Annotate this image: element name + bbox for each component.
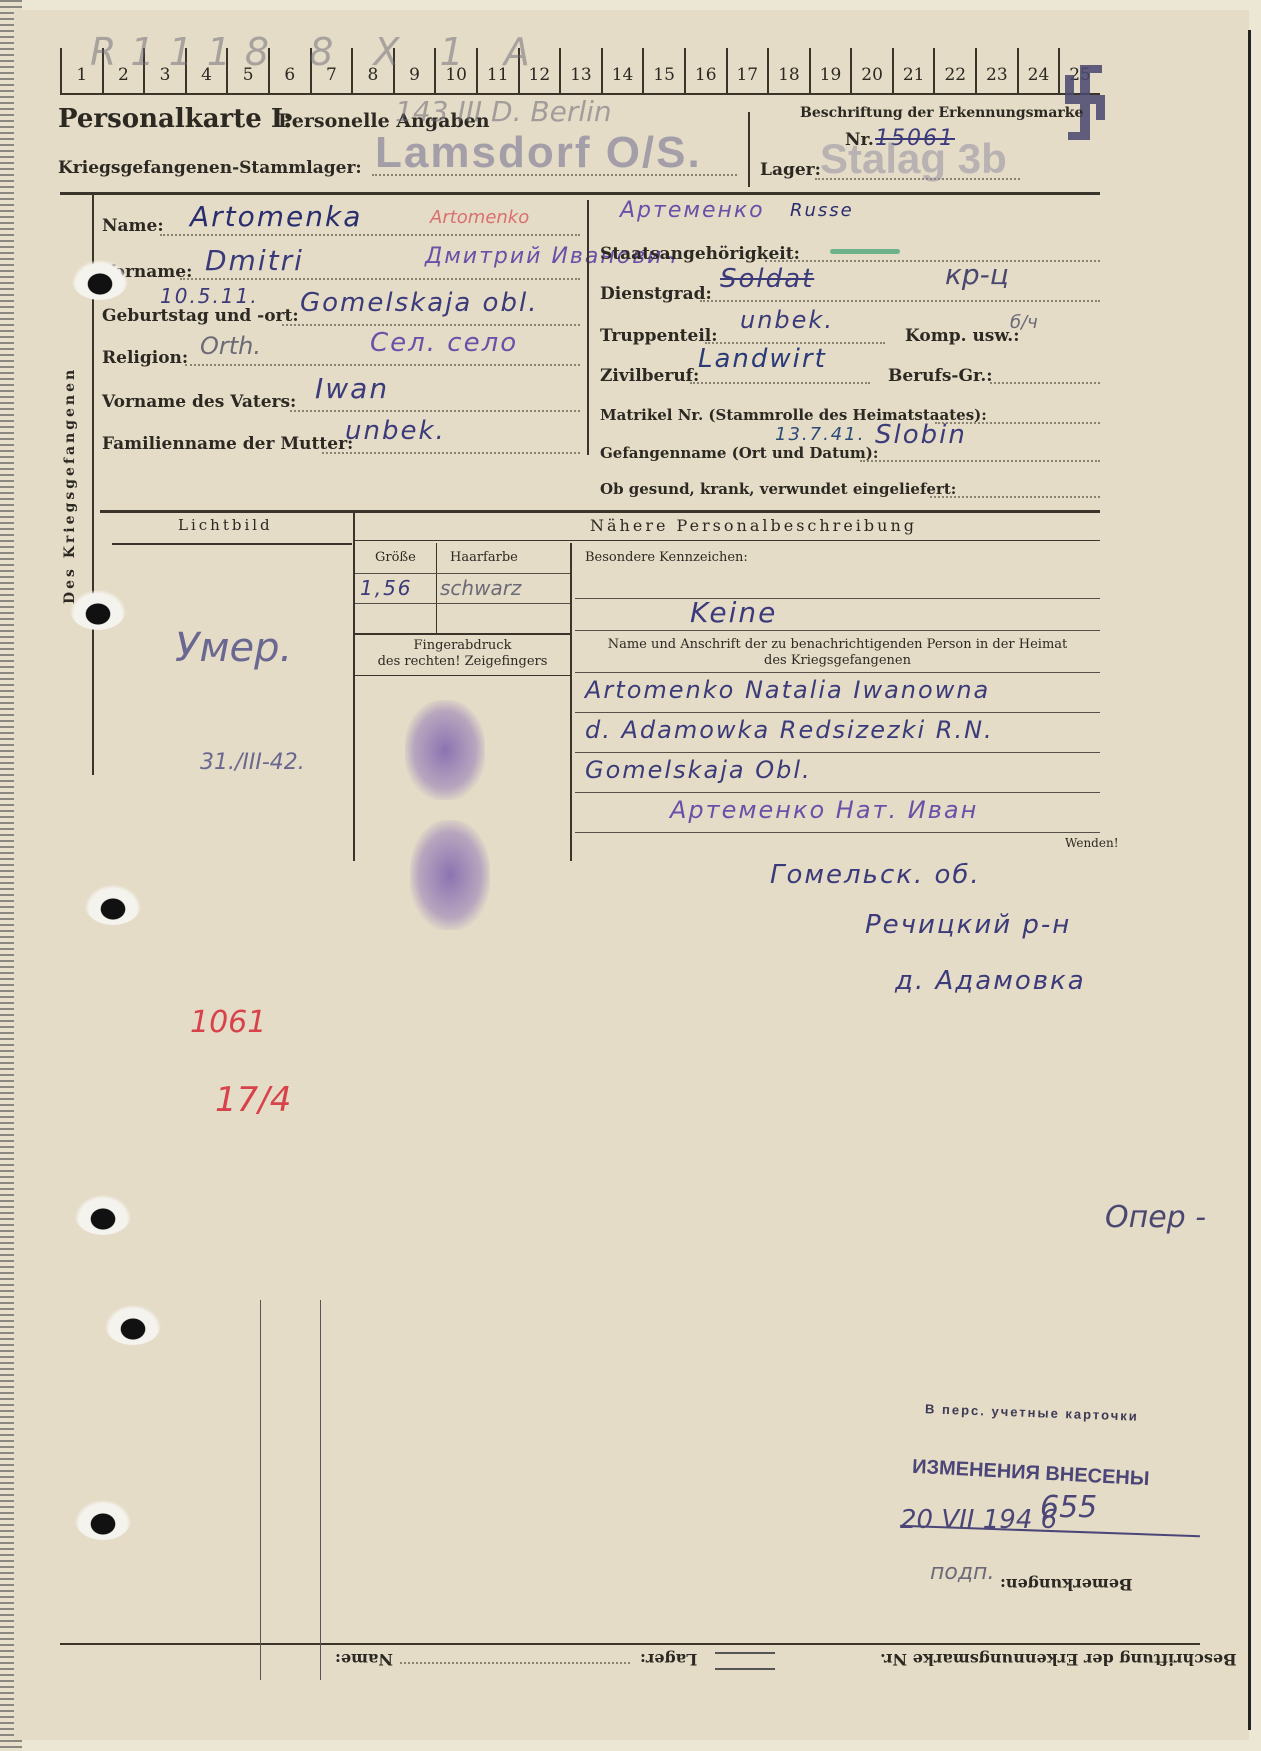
stammlager-label: Kriegsgefangenen-Stammlager: <box>58 158 362 178</box>
punch-hole <box>105 1305 161 1345</box>
vater-label: Vorname des Vaters: <box>102 392 296 412</box>
number-cell: 20 <box>850 48 892 93</box>
signature: Опер - <box>1105 1200 1206 1235</box>
geburt-date: 10.5.11. <box>160 284 259 308</box>
lichtbild-date: 31./III-42. <box>200 750 305 775</box>
cyrillic-address-3: д. Адамовка <box>895 966 1086 996</box>
wenden-label: Wenden! <box>1065 836 1119 850</box>
gefangennahme-line <box>860 460 1100 462</box>
stamp-number: 655 <box>1040 1490 1097 1525</box>
dienstgrad-line <box>700 300 1100 302</box>
naehere-label: Nähere Personalbeschreibung <box>590 516 917 535</box>
gesund-line <box>930 496 1100 498</box>
eagle-stamp-icon <box>1060 60 1110 140</box>
haarfarbe-value: schwarz <box>440 576 521 600</box>
religion-cyrillic: Сел. село <box>370 328 518 358</box>
kontakt-line: Gomelskaja Obl. <box>585 756 812 784</box>
dienstgrad-extra: кр-ц <box>945 258 1009 291</box>
green-underline-mark <box>830 249 900 254</box>
name-value-red: Artomenko <box>430 207 529 228</box>
fold-line-1 <box>260 1300 261 1680</box>
staats-line <box>765 260 1100 262</box>
zivilberuf-line <box>690 382 870 384</box>
lichtbild-note: Умер. <box>175 625 292 671</box>
number-cell: 21 <box>892 48 934 93</box>
groesse-value: 1,56 <box>360 576 413 600</box>
komp-value: б/ч <box>1010 312 1038 333</box>
kontakt-rule <box>575 792 1100 793</box>
lichtbild-divider <box>353 513 355 861</box>
number-cell: 17 <box>726 48 768 93</box>
footer-nr-lines <box>715 1652 775 1670</box>
handwritten-stalag-note: 143 III D. Berlin <box>395 95 612 128</box>
geburt-line <box>282 324 580 326</box>
kontakt-line: Артеменко Нат. Иван <box>670 796 978 824</box>
number-cell: 22 <box>933 48 975 93</box>
scan-edge-right <box>1248 30 1251 1730</box>
religion-value: Orth. <box>200 332 261 360</box>
finger-label-line2: des rechten! Zeigefingers <box>355 654 570 670</box>
groesse-header-rule <box>355 573 570 574</box>
number-cell: 13 <box>559 48 601 93</box>
header-divider <box>748 112 750 187</box>
number-cell: 19 <box>809 48 851 93</box>
groesse-label: Größe <box>375 550 416 565</box>
groesse-divider <box>436 543 437 633</box>
kontakt-label-line1: Name und Anschrift der zu benachrichtige… <box>575 637 1100 653</box>
vater-line <box>290 410 580 412</box>
cyrillic-address-2: Речицкий р-н <box>865 910 1071 940</box>
name-value: Artomenka <box>190 200 362 233</box>
kennzeichen-rule-1 <box>575 598 1100 599</box>
punch-hole <box>75 1195 131 1235</box>
gefangennahme-date: 13.7.41. <box>775 424 865 445</box>
number-cell: 24 <box>1017 48 1059 93</box>
dienstgrad-label: Dienstgrad: <box>600 284 712 304</box>
lager-label: Lager: <box>760 160 821 180</box>
finger-bottom-rule <box>355 675 570 676</box>
erkennungsmarke-label: Beschriftung der Erkennungsmarke <box>800 105 1083 121</box>
kennzeichen-divider <box>570 543 572 861</box>
staats-value: Russe <box>790 200 854 221</box>
stamp-handwritten-date: 20 VII 194 6 <box>900 1505 1057 1535</box>
footer-lager-line <box>400 1662 630 1664</box>
side-label: Des Kriegsgefangenen <box>62 345 78 625</box>
footer-beschriftung-label: Beschriftung der Erkennungsmarke Nr. <box>880 1650 1237 1669</box>
lager-stamp: Stalag 3b <box>820 135 1007 183</box>
truppenteil-value: unbek. <box>740 306 834 334</box>
geburt-label: Geburtstag und -ort: <box>102 306 299 326</box>
handwritten-archive-number: R1118 8 X 1 A <box>90 30 544 74</box>
lichtbild-rule <box>112 543 352 545</box>
number-cell: 15 <box>642 48 684 93</box>
middle-divider <box>587 200 589 455</box>
header-rule <box>60 192 1100 195</box>
finger-top-rule <box>355 633 570 635</box>
gefangennahme-place: Slobin <box>875 420 967 450</box>
kontakt-rule-0 <box>575 672 1100 673</box>
punch-hole <box>85 885 141 925</box>
name-line <box>160 234 580 236</box>
name-label: Name: <box>102 216 164 236</box>
vater-value: Iwan <box>315 372 389 405</box>
vorname-line <box>180 278 580 280</box>
naehere-rule <box>355 540 1100 541</box>
punch-hole <box>75 1500 131 1540</box>
stamp-signature: подп. <box>930 1560 994 1585</box>
cyrillic-address-1: Гомельск. об. <box>770 860 981 890</box>
description-rule <box>100 510 1100 513</box>
groesse-value-rule <box>355 603 570 604</box>
kontakt-rule <box>575 832 1100 833</box>
footer-name-label: Name: <box>335 1650 393 1669</box>
kontakt-line: d. Adamowka Redsizezki R.N. <box>585 716 994 744</box>
berufs-label: Berufs-Gr.: <box>888 366 993 386</box>
geburt-place: Gomelskaja obl. <box>300 288 538 318</box>
zivilberuf-label: Zivilberuf: <box>600 366 699 386</box>
number-cell: 18 <box>767 48 809 93</box>
number-cell: 16 <box>684 48 726 93</box>
gesund-label: Ob gesund, krank, verwundet eingeliefert… <box>600 480 956 498</box>
mutter-line <box>322 452 580 454</box>
kontakt-label: Name und Anschrift der zu benachrichtige… <box>575 637 1100 669</box>
number-cell: 23 <box>975 48 1017 93</box>
gefangennahme-label: Gefangenname (Ort und Datum): <box>600 444 878 462</box>
footer-lager-label: Lager: <box>640 1650 697 1669</box>
kontakt-rule <box>575 752 1100 753</box>
number-cell: 14 <box>601 48 643 93</box>
kennzeichen-value: Keine <box>690 596 777 629</box>
dienstgrad-value: Soldat <box>720 264 814 294</box>
kontakt-rule <box>575 712 1100 713</box>
haarfarbe-label: Haarfarbe <box>450 550 518 565</box>
zivilberuf-value: Landwirt <box>698 344 827 374</box>
komp-label: Komp. usw.: <box>905 326 1020 346</box>
stammlager-stamp: Lamsdorf O/S. <box>375 128 702 178</box>
finger-label: Fingerabdruck des rechten! Zeigefingers <box>355 638 570 670</box>
mutter-label: Familienname der Mutter: <box>102 434 353 454</box>
kennzeichen-label: Besondere Kennzeichen: <box>585 550 748 565</box>
vorname-value: Dmitri <box>205 244 304 277</box>
fold-line-2 <box>320 1300 321 1680</box>
staats-cyrillic: Артеменко <box>620 198 765 223</box>
kennzeichen-rule-2 <box>575 630 1100 631</box>
punch-hole <box>70 590 126 630</box>
religion-line <box>185 364 580 366</box>
bemerkungen-label: Bemerkungen: <box>1000 1575 1133 1594</box>
kontakt-label-line2: des Kriegsgefangenen <box>575 653 1100 669</box>
punch-hole <box>72 260 128 300</box>
finger-label-line1: Fingerabdruck <box>355 638 570 654</box>
footer-rule <box>60 1643 1200 1645</box>
lichtbild-label: Lichtbild <box>178 516 273 534</box>
religion-label: Religion: <box>102 348 188 368</box>
fingerprint-upper <box>405 700 485 800</box>
mutter-value: unbek. <box>345 416 446 446</box>
red-date: 17/4 <box>215 1080 291 1120</box>
fingerprint-lower <box>410 820 490 930</box>
berufs-line <box>990 382 1100 384</box>
card-title: Personalkarte I: <box>58 104 293 134</box>
kontakt-line: Artomenko Natalia Iwanowna <box>585 676 990 704</box>
red-number: 1061 <box>190 1005 266 1040</box>
truppenteil-label: Truppenteil: <box>600 326 718 346</box>
